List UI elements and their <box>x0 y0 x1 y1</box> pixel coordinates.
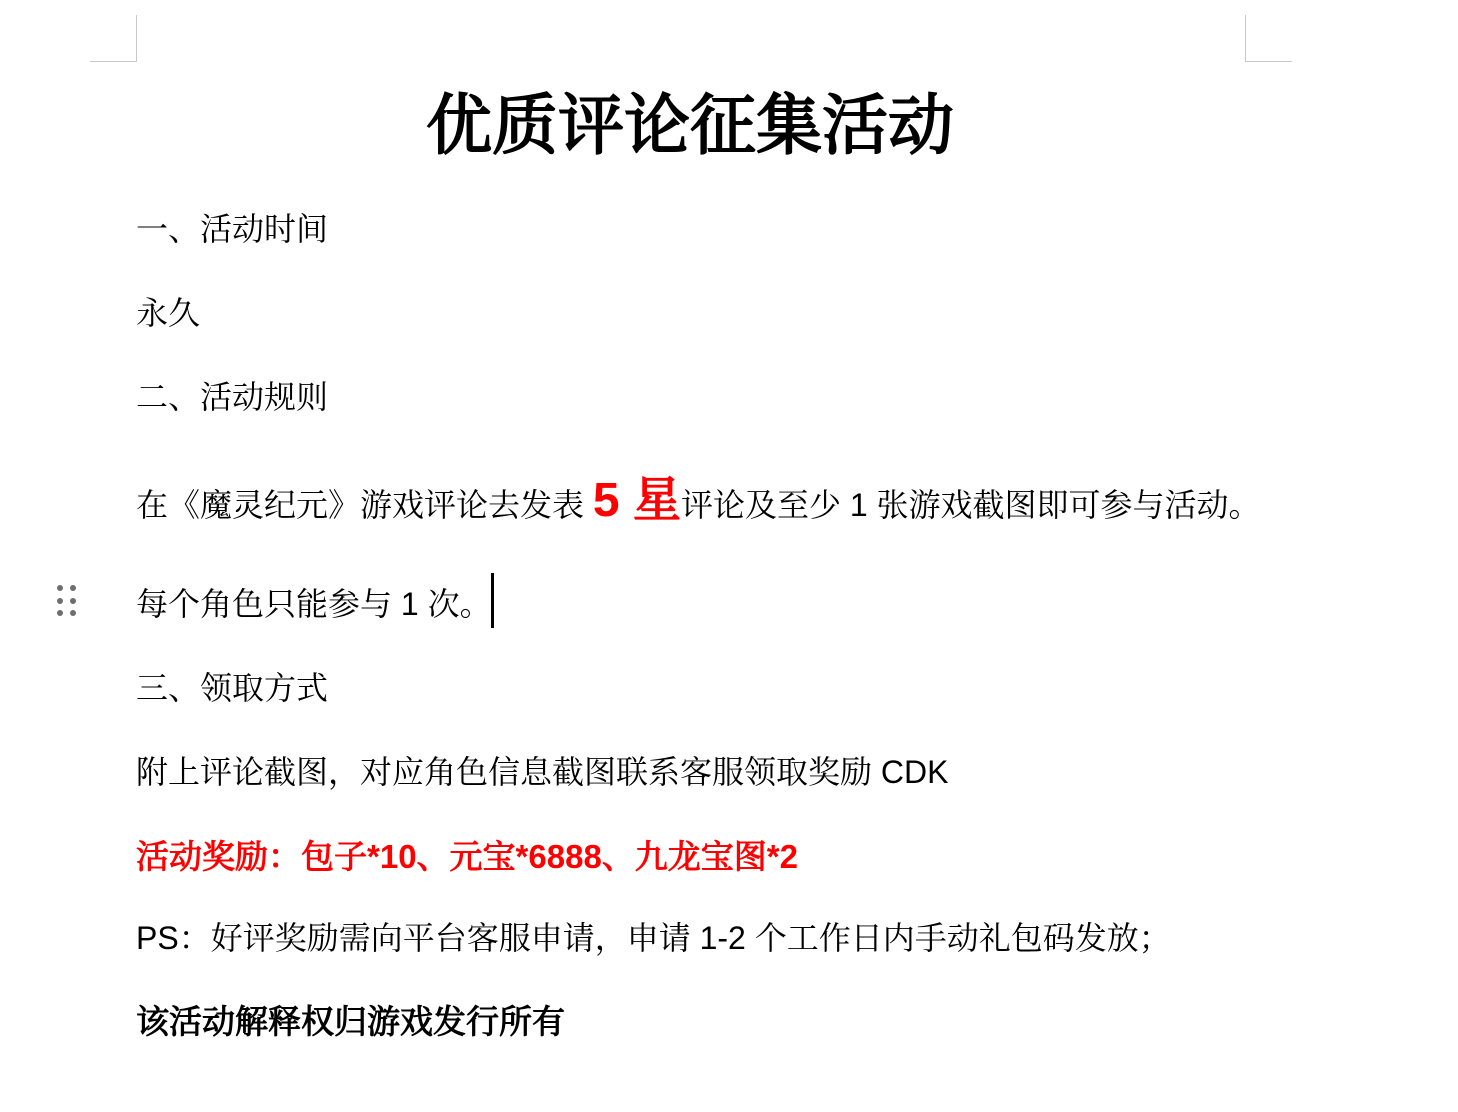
rule-line-2[interactable]: 每个角色只能参与 1 次。 <box>136 588 492 620</box>
page-margin-mark-top-left <box>90 15 137 62</box>
page-margin-mark-top-right <box>1245 15 1292 62</box>
reward-line[interactable]: 活动奖励：包子*10、元宝*6888、九龙宝图*2 <box>136 840 798 873</box>
drag-handle-dot <box>57 585 63 591</box>
section-heading-activity-rules[interactable]: 二、活动规则 <box>136 381 328 413</box>
drag-handle-dot <box>70 610 76 616</box>
drag-handle-dot <box>70 598 76 604</box>
text-cursor <box>491 573 494 628</box>
drag-handle-dot <box>57 598 63 604</box>
rule-line-1[interactable]: 在《魔灵纪元》游戏评论去发表 5 星评论及至少 1 张游戏截图即可参与活动。 <box>136 477 1261 525</box>
drag-handle-dot <box>57 610 63 616</box>
paragraph-drag-handle-icon[interactable] <box>57 585 76 616</box>
section-heading-activity-time[interactable]: 一、活动时间 <box>136 213 328 245</box>
disclaimer-line[interactable]: 该活动解释权归游戏发行所有 <box>136 1005 565 1038</box>
activity-time-value[interactable]: 永久 <box>136 297 200 329</box>
section-heading-claim-method[interactable]: 三、领取方式 <box>136 672 328 704</box>
claim-instructions[interactable]: 附上评论截图，对应角色信息截图联系客服领取奖励 CDK <box>136 756 948 788</box>
ps-note[interactable]: PS：好评奖励需向平台客服申请，申请 1-2 个工作日内手动礼包码发放； <box>136 922 1171 954</box>
document-title[interactable]: 优质评论征集活动 <box>136 92 1244 158</box>
rule-line-1-suffix: 评论及至少 1 张游戏截图即可参与活动。 <box>681 487 1261 523</box>
document-page: 优质评论征集活动 一、活动时间 永久 二、活动规则 在《魔灵纪元》游戏评论去发表… <box>0 0 1458 1112</box>
rule-line-1-highlight-5-star: 5 星 <box>593 474 681 527</box>
drag-handle-dot <box>70 585 76 591</box>
rule-line-1-prefix: 在《魔灵纪元》游戏评论去发表 <box>136 487 593 523</box>
